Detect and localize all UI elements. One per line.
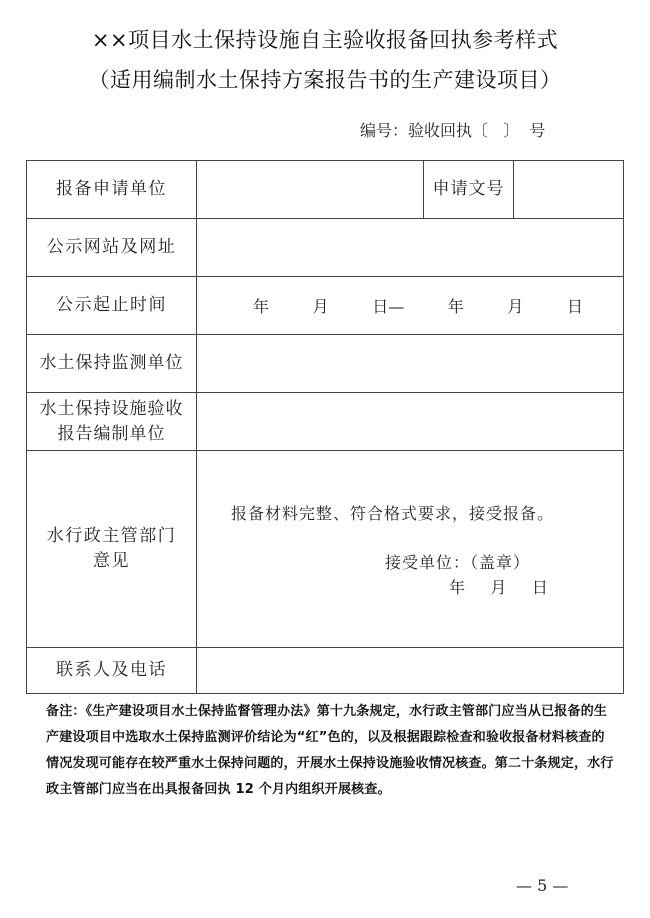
end-year: 年 [448,294,464,317]
authority-opinion-label-line2: 意见 [27,549,196,574]
applicant-field[interactable] [197,161,424,219]
report-unit-label-line2: 报告编制单位 [27,422,196,447]
applicant-label: 报备申请单位 [27,161,197,219]
report-unit-label-line1: 水土保持设施验收 [27,397,196,422]
start-year: 年 [253,294,269,317]
report-unit-field[interactable] [197,393,624,451]
remarks-note: 备注：《生产建设项目水土保持监督管理办法》第十九条规定，水行政主管部门应当从已报… [46,699,616,803]
authority-opinion-label-line1: 水行政主管部门 [27,524,196,549]
receipt-number: 编号：验收回执〔 〕 号 [360,118,545,141]
receiving-unit-seal: 接受单位：（盖章） [197,550,623,573]
monitoring-unit-label: 水土保持监测单位 [27,335,197,393]
monitoring-unit-field[interactable] [197,335,624,393]
publicity-period-field[interactable]: 年 月 日— 年 月 日 [197,277,624,335]
publicity-period-label: 公示起止时间 [27,277,197,335]
page-number: — 5 — [516,876,568,895]
application-doc-no-label: 申请文号 [424,161,514,219]
contact-field[interactable] [197,648,624,694]
website-field[interactable] [197,219,624,277]
table-row-report-unit: 水土保持设施验收 报告编制单位 [27,393,624,451]
end-day: 日 [567,294,583,317]
contact-label: 联系人及电话 [27,648,197,694]
table-row-publicity-period: 公示起止时间 年 月 日— 年 月 日 [27,277,624,335]
document-subtitle: （适用编制水土保持方案报告书的生产建设项目） [0,64,650,94]
table-row-website: 公示网站及网址 [27,219,624,277]
document-title: ××项目水土保持设施自主验收报备回执参考样式 [0,24,650,54]
website-label: 公示网站及网址 [27,219,197,277]
start-day: 日— [372,294,404,317]
table-row-authority-opinion: 水行政主管部门 意见 报备材料完整、符合格式要求，接受报备。 接受单位：（盖章）… [27,451,624,648]
end-month: 月 [507,294,523,317]
opinion-text: 报备材料完整、符合格式要求，接受报备。 [197,501,623,524]
report-unit-label: 水土保持设施验收 报告编制单位 [27,393,197,451]
authority-opinion-field[interactable]: 报备材料完整、符合格式要求，接受报备。 接受单位：（盖章） 年 月 日 [197,451,624,648]
table-row-applicant: 报备申请单位 申请文号 [27,161,624,219]
start-month: 月 [313,294,329,317]
table-row-contact: 联系人及电话 [27,648,624,694]
table-row-monitoring-unit: 水土保持监测单位 [27,335,624,393]
receipt-form-table: 报备申请单位 申请文号 公示网站及网址 公示起止时间 年 月 日— 年 月 日 … [26,160,624,694]
opinion-date: 年 月 日 [197,575,623,598]
application-doc-no-field[interactable] [514,161,624,219]
authority-opinion-label: 水行政主管部门 意见 [27,451,197,648]
